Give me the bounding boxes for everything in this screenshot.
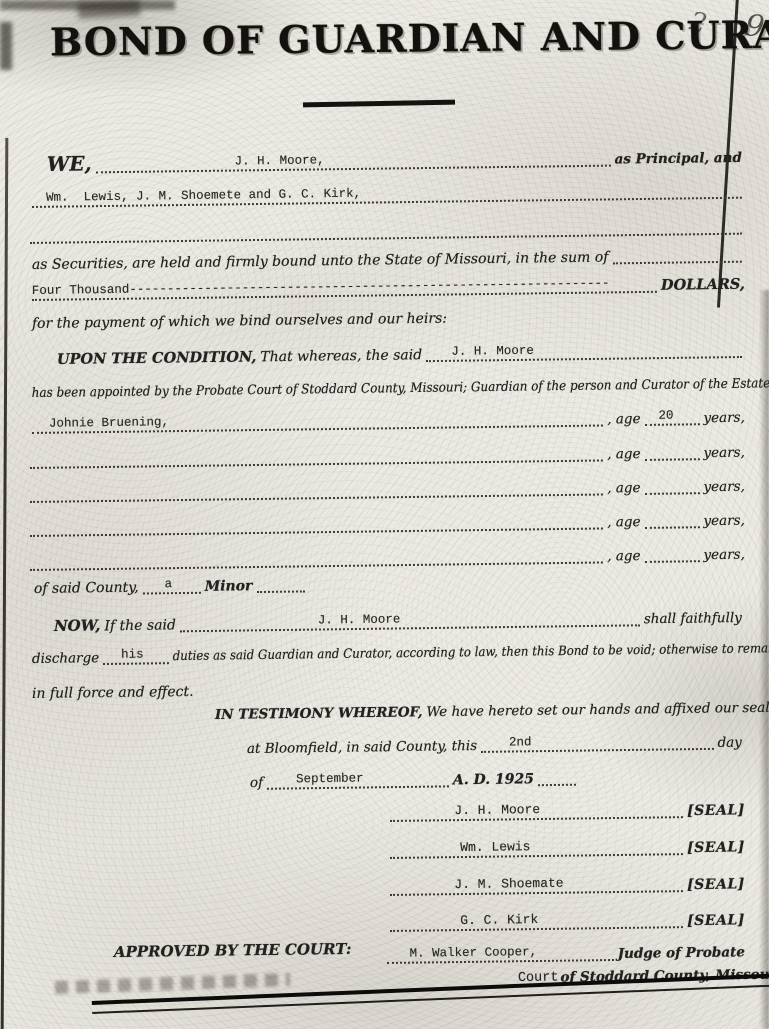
signature-row: J. M. Shoemate [SEAL] [388, 869, 747, 896]
whereas-clause: That whereas, the said [258, 348, 424, 364]
dollars-label: DOLLARS, [659, 277, 747, 293]
age-field: 20 [644, 408, 699, 426]
age-row: , age years, [28, 438, 747, 469]
dotted-line: Johnie Bruening, [32, 409, 604, 433]
years-label: years, [701, 480, 747, 494]
dotted-line: Four Thousand---------------------------… [32, 276, 657, 301]
age-field [644, 443, 699, 461]
dotted-line [256, 575, 304, 593]
scan-smudge [78, 0, 141, 19]
years-label: years, [701, 548, 747, 562]
dotted-line [30, 218, 742, 244]
seal-label: [SEAL] [685, 803, 747, 818]
testimony-heading: IN TESTIMONY WHEREOF, [213, 706, 425, 722]
as-principal-label: as Principal, and [612, 151, 743, 166]
ward-name-typed: Johnie Bruening, [49, 416, 169, 430]
dotted-line [30, 512, 604, 537]
signature-row: Wm. Lewis [SEAL] [388, 832, 747, 859]
age-label: , age [605, 515, 642, 529]
age-label: , age [605, 412, 642, 426]
county-line: of said County, a Minor [32, 570, 342, 596]
payment-clause: for the payment of which we bind ourselv… [30, 312, 449, 331]
bound-clause-line: as Securities, are held and firmly bound… [30, 241, 744, 272]
force-clause-line: in full force and effect. [30, 677, 196, 701]
force-clause: in full force and effect. [30, 685, 196, 701]
month-typed: September [296, 772, 364, 785]
dotted-line: Wm. Lewis, J. M. Shoemete and G. C. Kirk… [32, 182, 742, 208]
we-label: WE, [45, 153, 94, 174]
age-field [644, 477, 699, 495]
if-said-label: If the said [102, 618, 178, 633]
securities-clause: as Securities, are held and firmly bound… [30, 250, 611, 272]
dotted-line [30, 444, 604, 469]
dotted-line: J. H. Moore [390, 801, 683, 822]
judge-title-label: Judge of Probate [616, 946, 747, 961]
ward-age-typed: 20 [658, 409, 673, 422]
dotted-line: September [267, 770, 449, 789]
approved-line: APPROVED BY THE COURT: [112, 935, 354, 960]
signature-row: G. C. Kirk [SEAL] [388, 905, 747, 932]
age-label: , age [605, 447, 642, 461]
minor-label: Minor [203, 579, 255, 594]
dotted-line: 2nd [481, 733, 714, 753]
signature-name-typed: Wm. Lewis [460, 840, 530, 854]
blank-line [28, 213, 744, 244]
securities-line: Wm. Lewis, J. M. Shoemete and G. C. Kirk… [30, 177, 744, 208]
dotted-line: M. Walker Cooper, [387, 944, 614, 964]
scan-edge-right [760, 290, 769, 1029]
age-row: , age years, [28, 506, 747, 537]
seal-label: [SEAL] [685, 913, 747, 928]
duties-clause: duties as said Guardian and Curator, acc… [171, 643, 769, 664]
now-heading: NOW, [52, 618, 103, 634]
place-clause: at Bloomfield, in said County, this [245, 739, 479, 756]
testimony-body: We have hereto set our hands and affixed… [424, 701, 769, 719]
county-label: of said County, [32, 581, 141, 596]
signature-row: J. H. Moore [SEAL] [388, 795, 747, 822]
document-title: BOND OF GUARDIAN AND CURATOR [50, 13, 700, 65]
amount-line: Four Thousand---------------------------… [30, 270, 747, 301]
principal-name-typed: J. H. Moore [451, 344, 534, 358]
amount-typed: Four Thousand---------------------------… [32, 277, 610, 297]
month-year-line: of September A. D. 1925 [248, 764, 578, 790]
day-label: day [715, 736, 744, 750]
scan-edge-left [1, 138, 9, 1029]
age-row: , age years, [28, 540, 747, 571]
dotted-line [30, 546, 604, 571]
age-field [644, 545, 699, 563]
principal-name-typed: J. H. Moore, [234, 154, 324, 168]
of-label: of [248, 776, 265, 790]
appointed-clause: has been appointed by the Probate Court … [30, 377, 769, 400]
dotted-line [30, 478, 604, 503]
now-line: NOW, If the said J. H. Moore shall faith… [52, 603, 744, 634]
age-label: , age [605, 549, 642, 563]
dotted-line [538, 769, 576, 786]
years-label: years, [701, 411, 747, 425]
pronoun-typed: his [121, 648, 144, 661]
principal-line: WE, J. H. Moore, as Principal, and [45, 143, 744, 174]
seal-label: [SEAL] [685, 840, 747, 855]
date-place-line: at Bloomfield, in said County, this 2nd … [245, 727, 744, 756]
title-divider [303, 100, 455, 108]
dotted-line: G. C. Kirk [390, 911, 683, 932]
county-field: a [143, 577, 201, 595]
scan-smudge [0, 22, 12, 70]
years-label: years, [701, 446, 747, 460]
payment-clause-line: for the payment of which we bind ourselv… [30, 304, 449, 331]
condition-line: UPON THE CONDITION, That whereas, the sa… [55, 336, 744, 367]
signature-name-typed: J. M. Shoemate [454, 877, 563, 891]
age-row: , age years, [28, 472, 747, 503]
age-label: , age [605, 481, 642, 495]
principal-name-typed: J. H. Moore [318, 613, 401, 627]
dotted-line: Wm. Lewis [390, 838, 683, 859]
dotted-line: J. M. Shoemate [390, 875, 683, 896]
scanned-document: 2 9 BOND OF GUARDIAN AND CURATOR WE, J. … [0, 0, 769, 1029]
judge-name-typed: M. Walker Cooper, [409, 946, 537, 960]
ward-line: Johnie Bruening, , age 20 years, [30, 403, 747, 434]
years-label: years, [701, 514, 747, 528]
day-value-typed: 2nd [509, 736, 532, 749]
seal-label: [SEAL] [685, 877, 747, 892]
dotted-line: J. H. Moore [180, 609, 640, 632]
age-field [644, 511, 699, 529]
approved-heading: APPROVED BY THE COURT: [112, 942, 354, 960]
appointed-clause-line: has been appointed by the Probate Court … [30, 367, 769, 400]
dotted-line: J. H. Moore [426, 341, 742, 362]
signature-name-typed: G. C. Kirk [460, 913, 538, 927]
signature-name-typed: J. H. Moore [454, 803, 540, 817]
illegible-handwriting [55, 973, 290, 994]
dotted-line: J. H. Moore, [95, 150, 610, 174]
testimony-line: IN TESTIMONY WHEREOF, We have hereto set… [213, 693, 747, 722]
securities-names-typed: Wm. Lewis, J. M. Shoemete and G. C. Kirk… [46, 187, 361, 204]
discharge-label: discharge [30, 652, 101, 666]
pronoun-field: his [103, 647, 169, 665]
condition-heading: UPON THE CONDITION, [55, 350, 259, 367]
discharge-line: discharge his duties as said Guardian an… [30, 635, 744, 666]
faithfully-label: shall faithfully [642, 611, 744, 626]
dotted-line [612, 246, 742, 265]
county-fill-typed: a [165, 578, 173, 591]
year-label: A. D. 1925 [451, 772, 536, 787]
